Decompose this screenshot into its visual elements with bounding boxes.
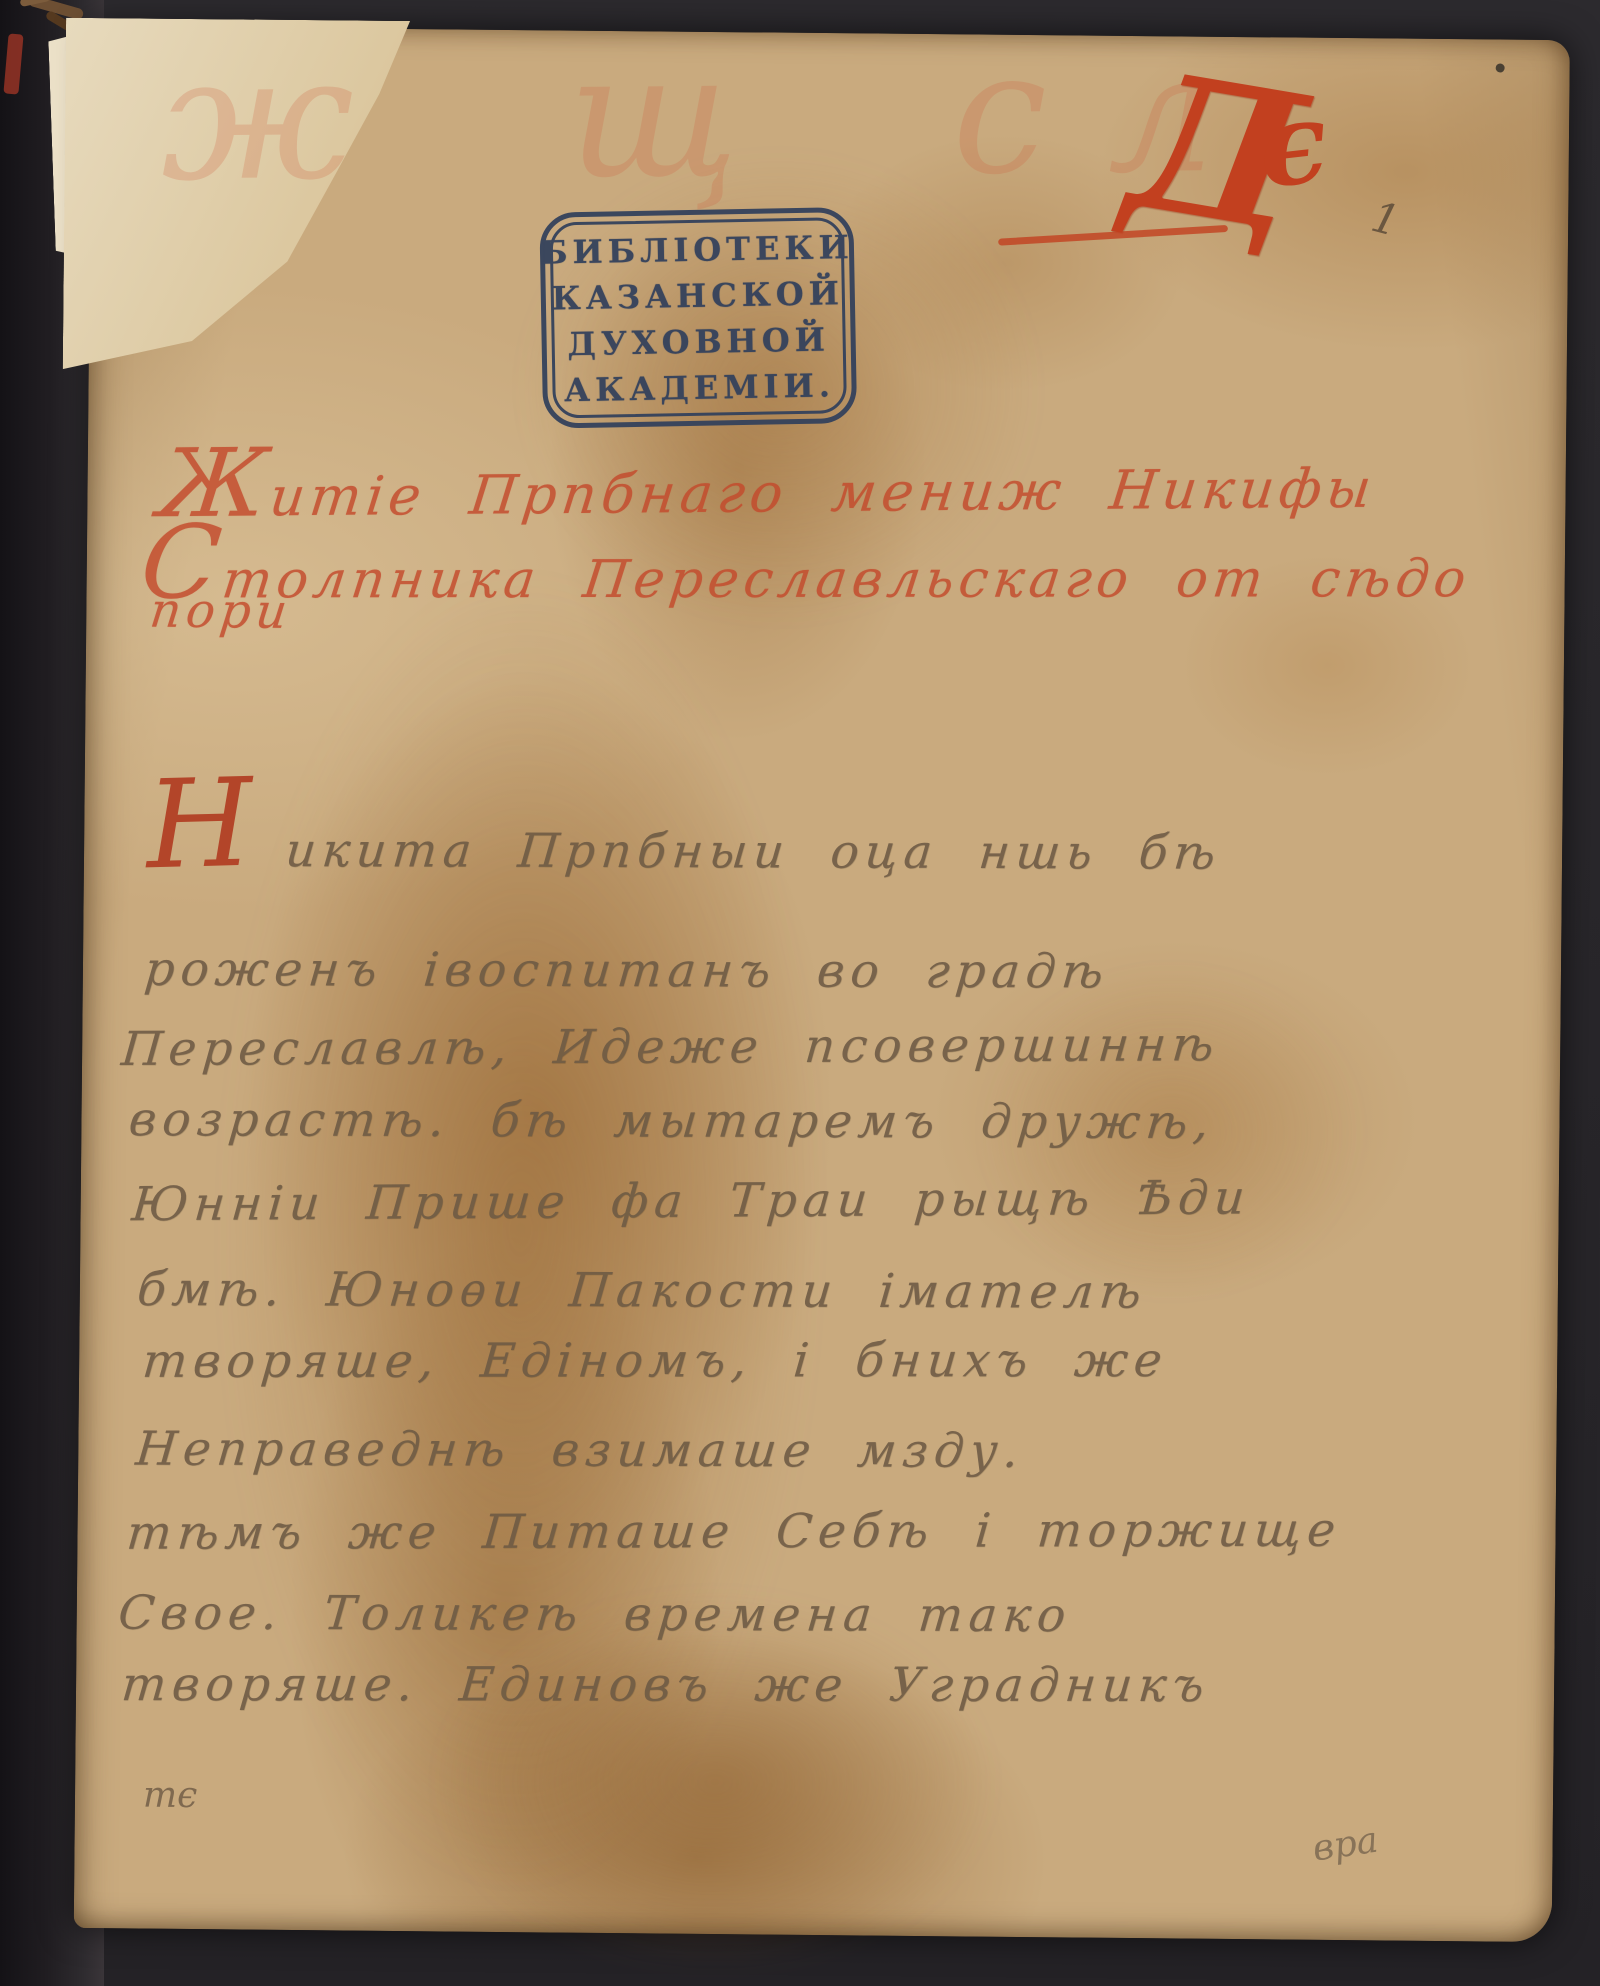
- stamp-line: АКАДЕМІИ.: [542, 362, 857, 414]
- ink-dot: [1496, 63, 1505, 72]
- manuscript-page: ж щ сл Д є 1 БИБЛІОТЕКИ КАЗАНСКОЙ ДУХОВН…: [74, 26, 1570, 1942]
- stamp-line: БИБЛІОТЕКИ: [540, 224, 855, 276]
- rubric-line: Столпника Переславльскаго от сѣдо: [135, 502, 1480, 621]
- body-line: возрастѣ. бѣ мытаремъ дружѣ,: [127, 1092, 1217, 1150]
- body-line: роженъ івоспитанъ во градѣ: [142, 942, 1111, 999]
- body-line: икита Прпбныи оца ншь бѣ: [283, 823, 1223, 880]
- stamp-line: ДУХОВНОЙ: [541, 316, 856, 368]
- manuscript-photo: ж щ сл Д є 1 БИБЛІОТЕКИ КАЗАНСКОЙ ДУХОВН…: [0, 0, 1600, 1986]
- body-line: Свое. Толикеѣ времена тако: [116, 1586, 1074, 1643]
- rubric-line: пори: [147, 583, 295, 640]
- body-line: творяше, Едіномъ, і бнихъ же: [140, 1333, 1170, 1389]
- body-line: тѣмъ же Питаше Себѣ і торжище: [125, 1503, 1344, 1561]
- paper-stain: [433, 1589, 997, 1974]
- red-letter-e: є: [1253, 86, 1333, 205]
- body-line: творяше. Единовъ же Уградникъ: [119, 1657, 1212, 1713]
- stamp-text: БИБЛІОТЕКИ КАЗАНСКОЙ ДУХОВНОЙ АКАДЕМІИ.: [539, 207, 857, 429]
- body-line: бмѣ. Юноѳи Пакости імателѣ: [135, 1262, 1149, 1320]
- body-line: Юнніи Прише фа Траи рыщѣ Ѣди: [130, 1170, 1253, 1232]
- body-line: Переславлѣ, Идеже псовершиннѣ: [119, 1017, 1222, 1077]
- red-edge-mark: [3, 33, 23, 94]
- folio-number: 1: [1366, 192, 1404, 246]
- red-initial-letter: Н: [145, 762, 254, 887]
- library-stamp: БИБЛІОТЕКИ КАЗАНСКОЙ ДУХОВНОЙ АКАДЕМІИ.: [539, 207, 857, 429]
- corner-mark: вра: [1310, 1820, 1381, 1870]
- stamp-line: КАЗАНСКОЙ: [540, 270, 855, 322]
- catchword: тє: [143, 1775, 198, 1817]
- body-line: Неправеднѣ взимаше мзду.: [134, 1422, 1027, 1479]
